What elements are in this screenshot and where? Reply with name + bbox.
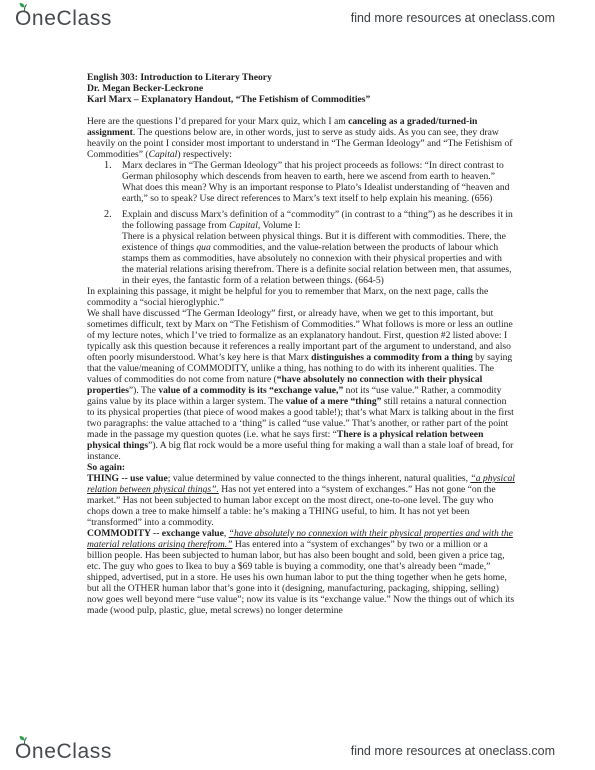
oneclass-leaf-icon — [17, 734, 31, 745]
page-footer: OneClass find more resources at oneclass… — [0, 733, 595, 770]
text-run: Capital — [229, 220, 258, 231]
text-run: THING -- use value — [87, 473, 168, 484]
text-run: Marx declares in “The German Ideology” t… — [122, 160, 509, 204]
handout-title: Karl Marx – Explanatory Handout, “The Fe… — [87, 94, 515, 105]
question-2-text: Explain and discuss Marx’s definition of… — [122, 209, 515, 231]
text-run: value of a mere “thing” — [286, 396, 382, 407]
instructor-name: Dr. Megan Becker-Leckrone — [87, 83, 515, 94]
text-run: ) respectively: — [177, 149, 232, 160]
text-run: Here are the questions I’d prepared for … — [87, 116, 348, 127]
course-title: English 303: Introduction to Literary Th… — [87, 72, 515, 83]
page-header: OneClass find more resources at oneclass… — [0, 0, 595, 42]
capital-quote: There is a physical relation between phy… — [122, 231, 515, 286]
document-page: English 303: Introduction to Literary Th… — [87, 72, 515, 616]
question-number: 1. — [104, 160, 112, 171]
text-run: COMMODITY -- exchange value — [87, 528, 224, 539]
document-title-block: English 303: Introduction to Literary Th… — [87, 72, 515, 105]
hieroglyphic-note: In explaining this passage, it might be … — [87, 286, 515, 308]
text-run: ”). A big flat rock would be a more usef… — [87, 440, 513, 462]
text-run: Explain and discuss Marx’s definition of… — [122, 209, 513, 231]
oneclass-logo-footer: OneClass — [15, 740, 112, 764]
commodity-definition: COMMODITY -- exchange value, “have absol… — [87, 528, 515, 616]
text-run: Capital — [149, 149, 178, 160]
question-number: 2. — [104, 209, 112, 220]
text-run: distinguishes a commodity from a thing — [311, 352, 475, 363]
question-1-text: Marx declares in “The German Ideology” t… — [122, 160, 515, 204]
text-run: value of a commodity is its “exchange va… — [158, 385, 343, 396]
text-run: , Volume I: — [258, 220, 301, 231]
intro-paragraph: Here are the questions I’d prepared for … — [87, 116, 515, 160]
text-run: In explaining this passage, it might be … — [87, 286, 488, 308]
page: OneClass find more resources at oneclass… — [0, 0, 595, 770]
text-run: ”). The — [129, 385, 158, 396]
footer-tagline: find more resources at oneclass.com — [351, 744, 555, 758]
oneclass-leaf-icon — [17, 1, 31, 12]
text-run: So again: — [87, 462, 125, 473]
question-item-2: 2. Explain and discuss Marx’s definition… — [87, 209, 515, 286]
text-run: Has entered into a “system of exchanges”… — [87, 539, 514, 616]
text-run: qua — [196, 242, 210, 253]
text-run: ; value determined by value connected to… — [168, 473, 471, 484]
discussion-paragraph: We shall have discussed “The German Ideo… — [87, 308, 515, 462]
so-again-heading: So again: — [87, 462, 515, 473]
header-tagline: find more resources at oneclass.com — [351, 11, 555, 25]
thing-definition: THING -- use value; value determined by … — [87, 473, 515, 528]
question-item-1: 1. Marx declares in “The German Ideology… — [87, 160, 515, 204]
question-list: 1. Marx declares in “The German Ideology… — [87, 160, 515, 286]
oneclass-logo: OneClass — [15, 7, 112, 31]
